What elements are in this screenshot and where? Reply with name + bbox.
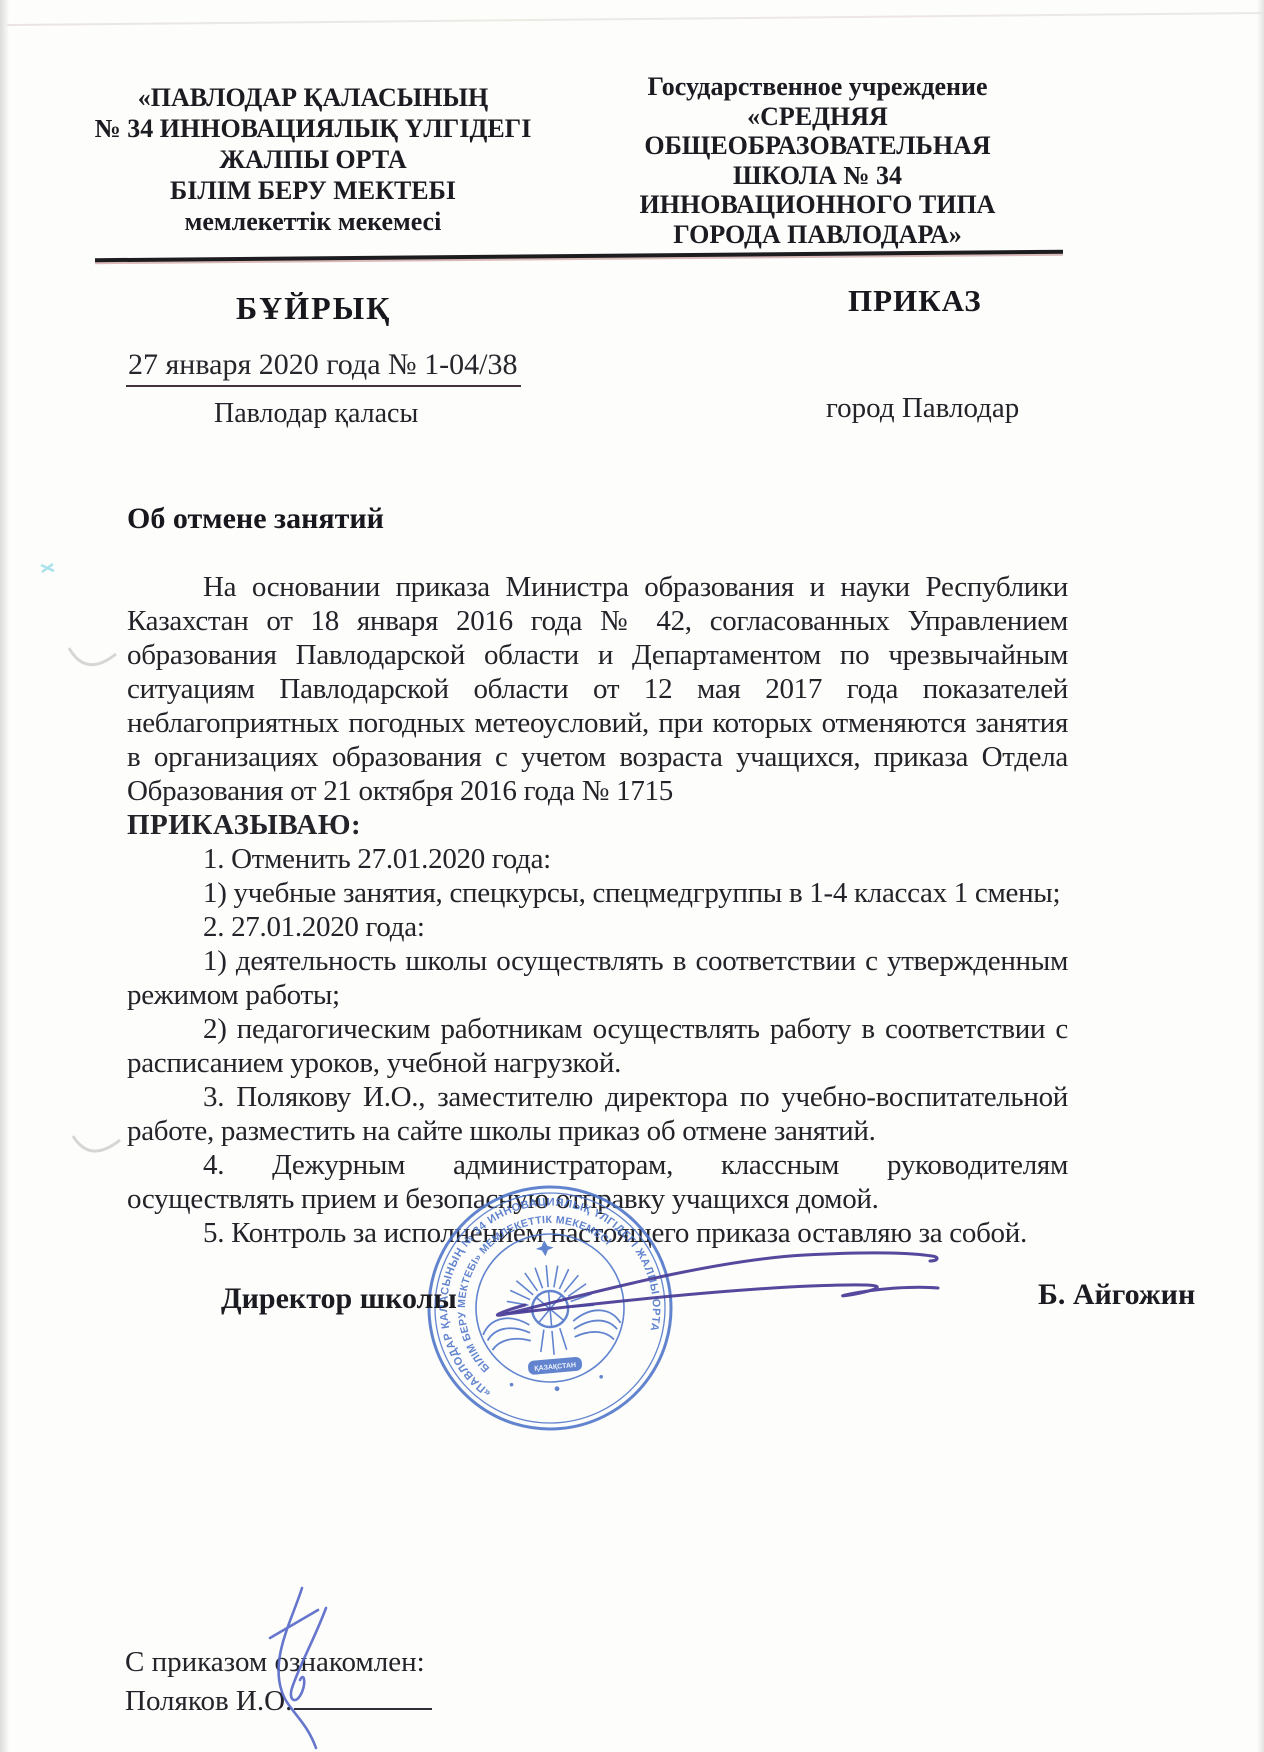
director-name: Б. Айгожин (1038, 1278, 1195, 1312)
order-title-russian: ПРИКАЗ (848, 283, 982, 319)
seal-dot (510, 1383, 514, 1387)
director-signature-ink (460, 1220, 980, 1350)
paper-crease-mark (70, 1128, 124, 1164)
order-title-kazakh: БҰЙРЫҚ (236, 290, 391, 327)
seal-dot (599, 1375, 603, 1379)
org-name-ru-line: Государственное учреждение (575, 72, 1060, 102)
org-name-kz-line: «ПАВЛОДАР ҚАЛАСЫНЫҢ (88, 82, 538, 113)
order-body: На основании приказа Министра образовани… (127, 570, 1068, 1250)
order-item: 1) учебные занятия, спецкурсы, спецмедгр… (127, 876, 1068, 910)
org-name-kazakh: «ПАВЛОДАР ҚАЛАСЫНЫҢ № 34 ИННОВАЦИЯЛЫҚ ҮЛ… (88, 82, 538, 237)
org-name-ru-line: ГОРОДА ПАВЛОДАРА» (575, 220, 1060, 250)
header-divider-rule (95, 250, 1063, 262)
order-item: 1) деятельность школы осуществлять в соо… (127, 944, 1068, 1012)
scan-edge-left (0, 0, 9, 1752)
place-kazakh: Павлодар қаласы (214, 398, 418, 430)
scan-edge-right (1257, 0, 1264, 1752)
cyan-smudge-mark (40, 562, 56, 574)
order-item: 1. Отменить 27.01.2020 года: (127, 842, 1068, 876)
body-paragraph: На основании приказа Министра образовани… (127, 570, 1068, 808)
order-subject: Об отмене занятий (127, 502, 384, 536)
scan-edge-top (0, 12, 1264, 26)
paper-crease-mark (66, 640, 120, 676)
org-name-ru-line: ШКОЛА № 34 (575, 161, 1060, 191)
scanned-order-document: «ПАВЛОДАР ҚАЛАСЫНЫҢ № 34 ИННОВАЦИЯЛЫҚ ҮЛ… (0, 0, 1264, 1752)
order-verb-heading: ПРИКАЗЫВАЮ: (127, 808, 1068, 842)
org-name-kz-line: БІЛІМ БЕРУ МЕКТЕБІ (88, 175, 538, 206)
seal-dot (554, 1386, 559, 1391)
order-item: 3. Полякову И.О., заместителю директора … (127, 1080, 1068, 1148)
org-name-ru-line: ИННОВАЦИОННОГО ТИПА (575, 190, 1060, 220)
place-russian: город Павлодар (826, 392, 1019, 425)
order-date-number: 27 января 2020 года № 1-04/38 (126, 348, 521, 387)
deputy-signature-ink (230, 1580, 370, 1752)
org-name-russian: Государственное учреждение «СРЕДНЯЯ ОБЩЕ… (575, 72, 1060, 249)
director-title: Директор школы (221, 1282, 457, 1316)
order-item: 2) педагогическим работникам осуществлят… (127, 1012, 1068, 1080)
org-name-kz-line: ЖАЛПЫ ОРТА (88, 144, 538, 175)
order-item: 2. 27.01.2020 года: (127, 910, 1068, 944)
org-name-kz-line: мемлекеттік мекемесі (88, 206, 538, 237)
org-name-ru-line: «СРЕДНЯЯ ОБЩЕОБРАЗОВАТЕЛЬНАЯ (575, 102, 1060, 161)
org-name-kz-line: № 34 ИННОВАЦИЯЛЫҚ ҮЛГІДЕГІ (88, 113, 538, 144)
